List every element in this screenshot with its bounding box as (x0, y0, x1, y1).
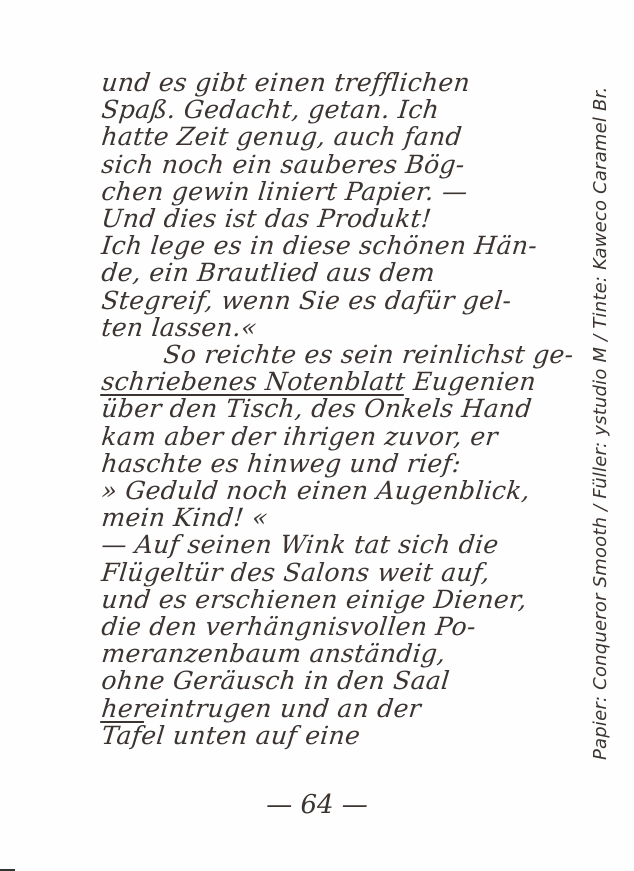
text-line: schriebenes Notenblatt Eugenien (100, 367, 538, 397)
text-line: — Auf seinen Wink tat sich die (100, 530, 500, 560)
text-line: Tafel unten auf eine (100, 721, 362, 751)
text-line: Spaß. Gedacht, getan. Ich (100, 95, 441, 125)
underlined-text: schriebenes Notenblatt (100, 367, 407, 396)
margin-note-materials: Papier: Conqueror Smooth / Füller: ystud… (590, 60, 611, 760)
underlined-text: her (100, 694, 147, 723)
text-line: So reichte es sein reinlichst ge- (100, 340, 575, 370)
text-line: haschte es hinweg und rief: (100, 449, 462, 479)
text-line: hereintrugen und an der (100, 694, 423, 724)
text-line: und es erschienen einige Diener, (100, 585, 528, 615)
page-number: — 64 — (0, 790, 634, 820)
text-line: kam aber der ihrigen zuvor, er (100, 422, 499, 452)
text-line: Und dies ist das Produkt! (100, 204, 433, 234)
text-line: Ich lege es in diese schönen Hän- (100, 231, 539, 261)
text-line: ten lassen.« (100, 313, 258, 343)
text-line: ohne Geräusch in den Saal (100, 666, 451, 696)
text-line: die den verhängnisvollen Po- (100, 612, 477, 642)
text-line: » Geduld noch einen Augenblick, (100, 476, 532, 506)
text-line: sich noch ein sauberes Bög- (100, 150, 466, 180)
text-line: chen gewin liniert Papier. — (100, 177, 469, 207)
text-line: Stegreif, wenn Sie es dafür gel- (100, 286, 513, 316)
text-line: mein Kind! « (100, 503, 269, 533)
handwritten-page: und es gibt einen trefflichenSpaß. Gedac… (0, 0, 634, 871)
text-line: meranzenbaum anständig, (100, 639, 447, 669)
text-line: über den Tisch, des Onkels Hand (100, 394, 533, 424)
text-line: de, ein Brautlied aus dem (100, 258, 437, 288)
text-line: Flügeltür des Salons weit auf, (100, 558, 491, 588)
text-line: hatte Zeit genug, auch fand (100, 122, 463, 152)
text-line: und es gibt einen trefflichen (100, 68, 472, 98)
